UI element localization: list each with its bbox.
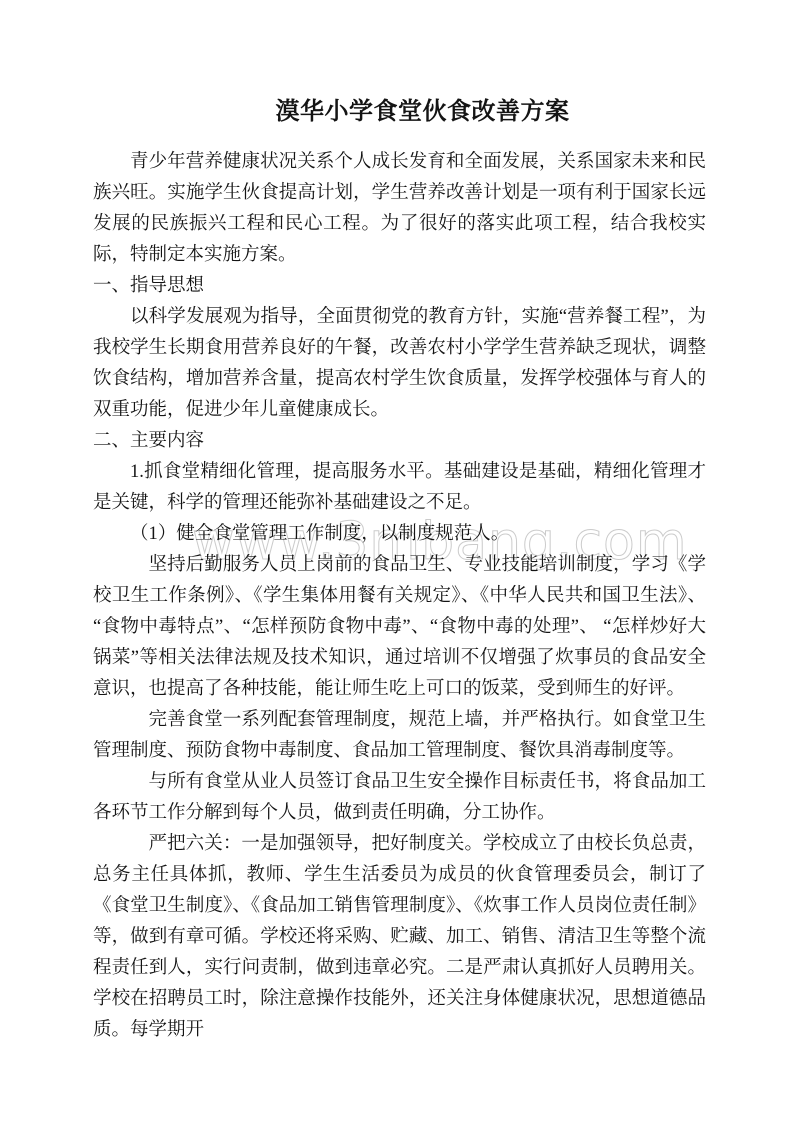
six-checkpoints-paragraph: 严把六关：一是加强领导，把好制度关。学校成立了由校长负总责，总务主任具体抓，教师…	[93, 829, 706, 1046]
section-2-heading: 二、主要内容	[93, 426, 706, 457]
intro-paragraph: 青少年营养健康状况关系个人成长发育和全面发展，关系国家未来和民族兴旺。实施学生伙…	[93, 147, 706, 271]
section-2-item-1-paragraph: 1.抓食堂精细化管理，提高服务水平。基础建设是基础，精细化管理才是关键，科学的管…	[93, 457, 706, 519]
word-document-page: www.3mbang.com 漠华小学食堂伙食改善方案 青少年营养健康状况关系个…	[0, 0, 800, 1132]
section-1-paragraph: 以科学发展观为指导，全面贯彻党的教育方针，实施“营养餐工程”，为我校学生长期食用…	[93, 302, 706, 426]
training-system-paragraph: 坚持后勤服务人员上岗前的食品卫生、专业技能培训制度，学习《学校卫生工作条例》、《…	[93, 550, 706, 705]
section-2-subitem-1-paragraph: （1）健全食堂管理工作制度，以制度规范人。	[93, 519, 706, 550]
document-content: 漠华小学食堂伙食改善方案 青少年营养健康状况关系个人成长发育和全面发展，关系国家…	[93, 95, 706, 1046]
management-system-paragraph: 完善食堂一系列配套管理制度，规范上墙，并严格执行。如食堂卫生管理制度、预防食物中…	[93, 705, 706, 767]
responsibility-agreement-paragraph: 与所有食堂从业人员签订食品卫生安全操作目标责任书，将食品加工各环节工作分解到每个…	[93, 767, 706, 829]
section-1-heading: 一、指导思想	[93, 271, 706, 302]
document-title: 漠华小学食堂伙食改善方案	[93, 95, 706, 129]
